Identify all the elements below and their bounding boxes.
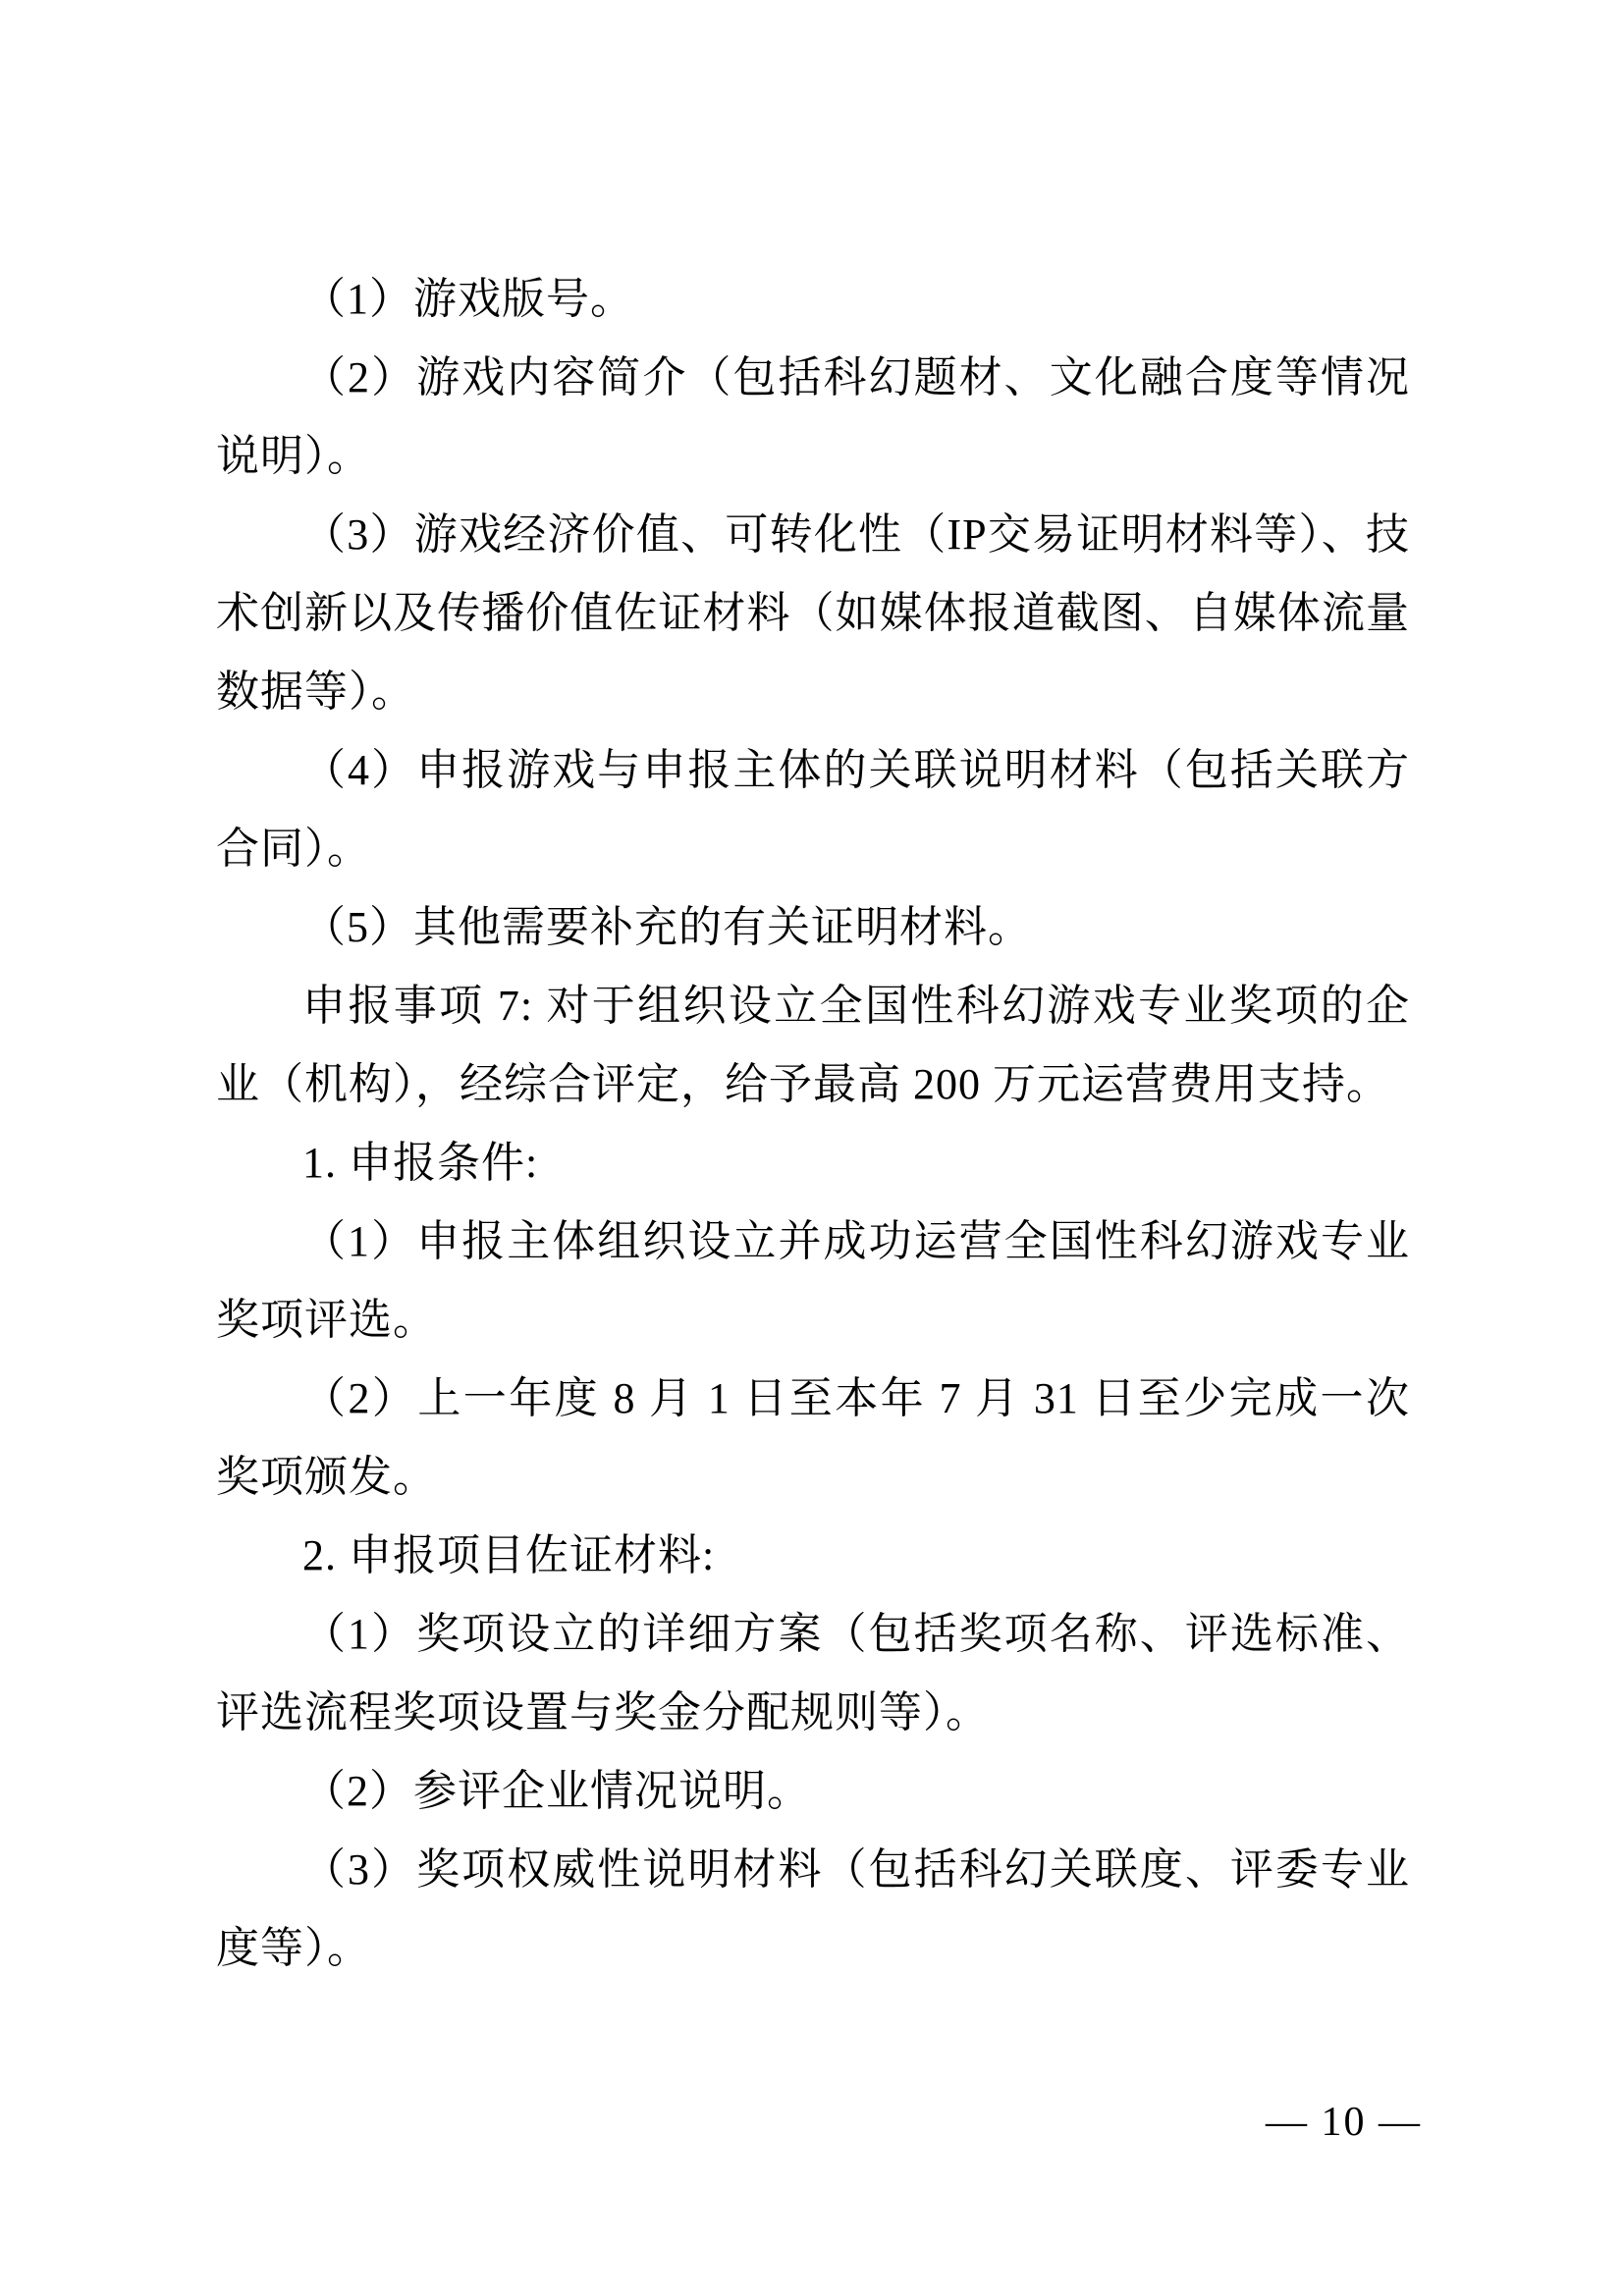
paragraph-game-license: （1）游戏版号。 [216,260,1410,339]
paragraph-game-intro: （2）游戏内容简介（包括科幻题材、文化融合度等情况说明）。 [216,339,1410,496]
paragraph-evidence-heading: 2. 申报项目佐证材料: [216,1517,1410,1595]
paragraph-evidence-2: （2）参评企业情况说明。 [216,1752,1410,1831]
paragraph-other-materials: （5）其他需要补充的有关证明材料。 [216,888,1410,967]
page-number: — 10 — [1266,2099,1422,2146]
paragraph-conditions-heading: 1. 申报条件: [216,1124,1410,1202]
paragraph-condition-2: （2）上一年度 8 月 1 日至本年 7 月 31 日至少完成一次奖项颁发。 [216,1360,1410,1517]
paragraph-evidence-3: （3）奖项权威性说明材料（包括科幻关联度、评委专业度等）。 [216,1831,1410,1988]
document-page: （1）游戏版号。 （2）游戏内容简介（包括科幻题材、文化融合度等情况说明）。 （… [0,0,1624,2296]
paragraph-evidence-1: （1）奖项设立的详细方案（包括奖项名称、评选标准、评选流程奖项设置与奖金分配规则… [216,1595,1410,1752]
paragraph-relation-materials: （4）申报游戏与申报主体的关联说明材料（包括关联方合同）。 [216,731,1410,888]
document-content: （1）游戏版号。 （2）游戏内容简介（包括科幻题材、文化融合度等情况说明）。 （… [216,260,1410,1988]
paragraph-condition-1: （1）申报主体组织设立并成功运营全国性科幻游戏专业奖项评选。 [216,1202,1410,1360]
paragraph-game-value: （3）游戏经济价值、可转化性（IP交易证明材料等）、技术创新以及传播价值佐证材料… [216,496,1410,731]
paragraph-declaration-item-7: 申报事项 7: 对于组织设立全国性科幻游戏专业奖项的企业（机构），经综合评定，给… [216,967,1410,1124]
